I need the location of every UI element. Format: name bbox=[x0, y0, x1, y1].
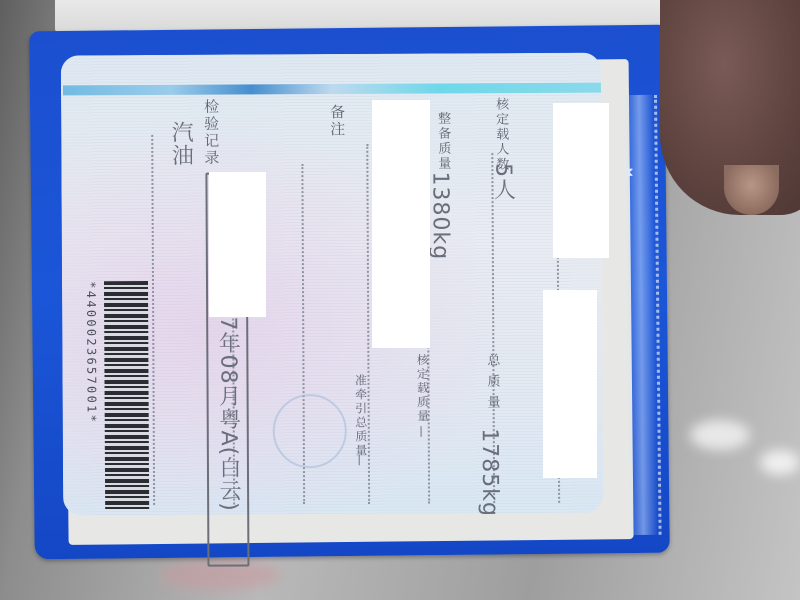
remarks-label: 备注 bbox=[327, 104, 348, 138]
background-blur-light-2 bbox=[760, 450, 800, 475]
wheel-watermark bbox=[273, 394, 347, 468]
gross-weight-label: 总质量 bbox=[482, 353, 501, 416]
curb-weight-value: 1380kg bbox=[427, 171, 452, 260]
redaction-box bbox=[372, 100, 430, 348]
holder-tab-icon: ⧗ bbox=[625, 165, 633, 180]
background-blur-light-1 bbox=[690, 420, 750, 450]
barcode-digits: *4400023657001* bbox=[84, 281, 99, 424]
security-stripe bbox=[63, 83, 601, 96]
inspection-stamp: 7年08月粤A(白云) bbox=[212, 316, 244, 511]
passengers-value: 5人 bbox=[487, 163, 518, 201]
barcode bbox=[104, 281, 149, 509]
curb-weight-label: 整备质量 bbox=[433, 111, 452, 171]
fuel-value: 汽油 bbox=[165, 121, 196, 167]
rated-load-value: — bbox=[415, 425, 429, 439]
redaction-box bbox=[543, 290, 597, 478]
rated-load-label: 核定载质量 bbox=[414, 353, 431, 423]
towing-weight-label: 准牵引总质量 bbox=[352, 374, 369, 458]
column-line bbox=[151, 135, 155, 505]
gross-weight-value: 1785kg bbox=[477, 428, 502, 517]
holder-edge-gloss bbox=[624, 95, 662, 535]
towing-weight-value: — bbox=[353, 454, 367, 468]
inspection-label: 检验记录 bbox=[201, 99, 222, 167]
redaction-box bbox=[553, 103, 609, 258]
redaction-box bbox=[209, 172, 266, 317]
license-card: 检验记录 汽油 7年08月粤A(白云) 备注 准牵引总质量 — 核定载质量 — … bbox=[61, 53, 603, 516]
passengers-label: 核定载人数 bbox=[491, 97, 510, 172]
